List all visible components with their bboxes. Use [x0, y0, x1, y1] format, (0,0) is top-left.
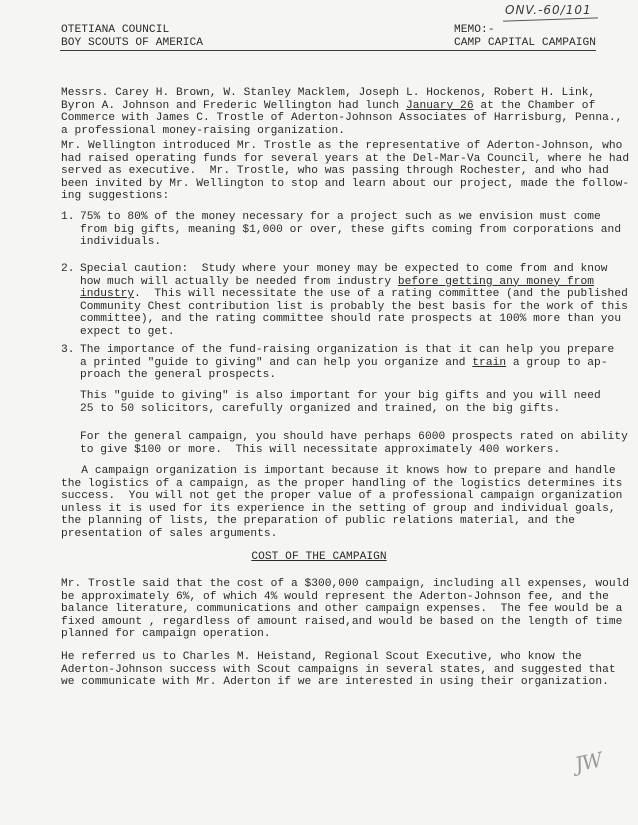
memo-label: MEMO:-: [454, 24, 495, 36]
meeting-date: January 26: [406, 100, 474, 112]
suggestion-1: 75% to 80% of the money necessary for a …: [80, 211, 600, 249]
council-name: OTETIANA COUNCIL: [61, 24, 169, 36]
suggestion-1-number: 1.: [61, 211, 75, 224]
introduction-paragraph: Mr. Wellington introduced Mr. Trostle as…: [61, 140, 601, 203]
handwritten-initials: JW: [574, 753, 603, 771]
intro-paragraph: Messrs. Carey H. Brown, W. Stanley Mackl…: [61, 87, 601, 137]
suggestion-3-number: 3.: [61, 344, 75, 357]
header-organization: OTETIANA COUNCIL BOY SCOUTS OF AMERICA: [61, 24, 203, 49]
header-divider: [60, 50, 596, 51]
header-memo: MEMO:- CAMP CAPITAL CAMPAIGN: [454, 24, 596, 49]
guide-to-giving-paragraph: This "guide to giving" is also important…: [80, 390, 600, 415]
organization-name: BOY SCOUTS OF AMERICA: [61, 37, 203, 49]
memo-page: ONV.-60/101 OTETIANA COUNCIL BOY SCOUTS …: [0, 0, 638, 825]
handwritten-reference-note: ONV.-60/101: [505, 4, 592, 17]
handwritten-underline: [503, 17, 598, 21]
suggestion-2: Special caution: Study where your money …: [80, 263, 600, 339]
referral-paragraph: He referred us to Charles M. Heistand, R…: [61, 651, 601, 689]
campaign-organization-paragraph: A campaign organization is important bec…: [61, 465, 601, 541]
cost-section-heading: COST OF THE CAMPAIGN: [0, 551, 638, 564]
suggestion-2-number: 2.: [61, 263, 75, 276]
suggestion-3: The importance of the fund-raising organ…: [80, 344, 600, 382]
memo-subject: CAMP CAPITAL CAMPAIGN: [454, 37, 596, 49]
cost-paragraph: Mr. Trostle said that the cost of a $300…: [61, 578, 601, 641]
general-campaign-paragraph: For the general campaign, you should hav…: [80, 431, 600, 456]
